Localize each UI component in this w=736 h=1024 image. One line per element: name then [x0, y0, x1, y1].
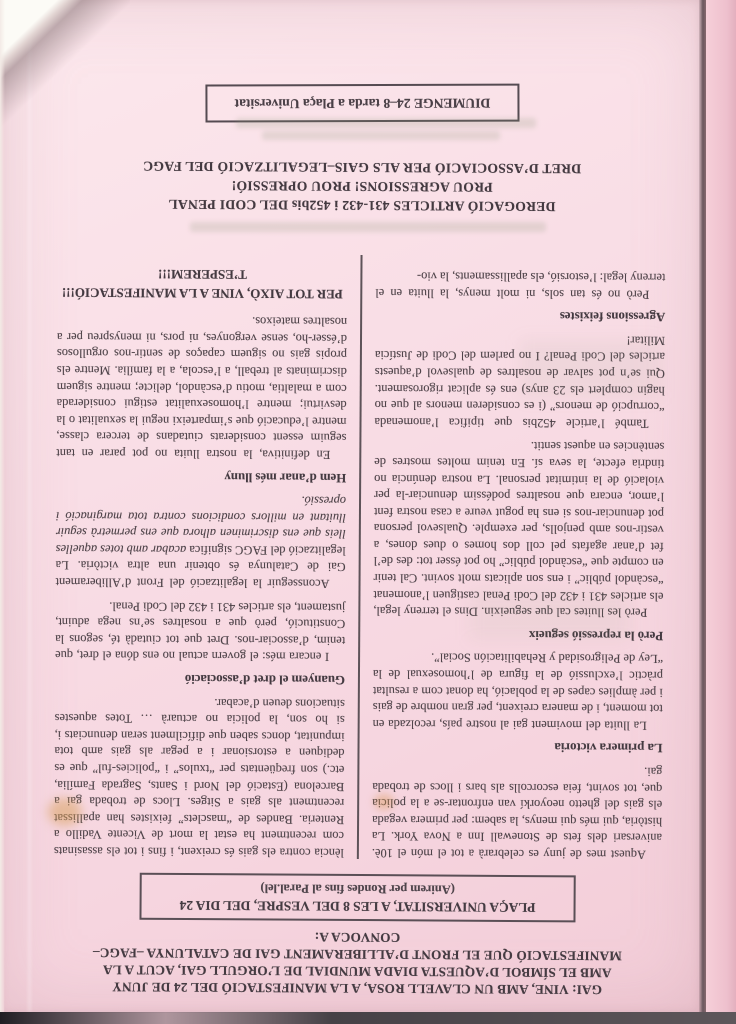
slogan-derogacio: DEROGACIÓ ARTICLES 431-432 i 452bis DEL …: [58, 194, 666, 217]
paper-stain-left: [48, 798, 82, 826]
ink-bleedthrough-line-2: [262, 131, 500, 140]
scanner-bed-band: [0, 1012, 736, 1024]
paper-stain-center: [374, 794, 394, 810]
subheading-agressions: Agressions feixistes: [375, 307, 665, 325]
paragraph-legalitzacio-fagc: Aconsseguir la legalització del Front d’…: [55, 491, 346, 592]
column-first: Aquest mes de juny es celebrarà a tot el…: [372, 229, 666, 863]
slogans-block: DEROGACIÓ ARTICLES 431-432 i 452bis DEL …: [58, 156, 666, 217]
subheading-dret-associacio: Guanyem el dret d’associació: [55, 670, 345, 688]
headline-block: GAI: VINE, AMB UN CLAVELL ROSA, A LA MAN…: [53, 927, 661, 999]
paragraph-stonewall: Aquest mes de juny es celebrarà a tot el…: [372, 762, 663, 863]
ink-bleedthrough-blob-2: [470, 590, 630, 640]
paragraph-agressions-cont: lència contra els gais és creixent, i fi…: [54, 693, 345, 861]
column-second: lència contra els gais és creixent, i fi…: [54, 227, 348, 861]
venue-line-main: PLAÇA UNIVERSITAT, A LES 8 DEL VESPRE, D…: [150, 896, 566, 917]
page-right-edge-shadow: [699, 0, 706, 1013]
paragraph-dret-associacio: I encara més: el govern actual no ens dó…: [55, 597, 345, 665]
date-stamp-text: DIUMENGE 24–8 tarda a Plaça Universitat: [235, 96, 491, 112]
paragraph-agressions-start: Però no és tan sols, ni molt menys, la l…: [375, 268, 665, 303]
underlying-page-edge: [706, 0, 736, 1013]
date-stamp-box: DIUMENGE 24–8 tarda a Plaça Universitat: [205, 84, 519, 123]
closing-call-line-1: PER TOT AIXÒ, VINE A LA MANIFESTACIÓ!!!: [57, 283, 347, 304]
scanned-flyer-photo: GAI: VINE, AMB UN CLAVELL ROSA, A LA MAN…: [0, 0, 736, 1024]
slogan-dret-associacio: DRET D’ASSOCIACIÓ PER ALS GAIS–LEGALITZA…: [58, 156, 666, 179]
subheading-mes-lluny: Hem d’anar més lluny: [56, 467, 346, 485]
flyer-content-rotated-180: GAI: VINE, AMB UN CLAVELL ROSA, A LA MAN…: [4, 0, 704, 1013]
venue-box: PLAÇA UNIVERSITAT, A LES 8 DEL VESPRE, D…: [139, 873, 575, 923]
ink-bleedthrough-blob-1: [520, 340, 660, 398]
paper-crease: [28, 0, 31, 1012]
page-left-edge: [0, 0, 5, 1013]
two-column-body: Aquest mes de juny es celebrarà a tot el…: [54, 227, 666, 863]
paragraph-primera-victoria: La lluita del moviment gai al nostre paí…: [373, 649, 664, 734]
ink-bleedthrough-line-1: [236, 118, 536, 128]
paragraph-mes-lluny: En definitiva, la nostra lluita no pot p…: [56, 312, 347, 463]
subheading-primera-victoria: La primera victoria: [372, 738, 662, 756]
flyer-sheet: GAI: VINE, AMB UN CLAVELL ROSA, A LA MAN…: [4, 0, 704, 1013]
slogan-prou-agressions: PROU AGRESSIONS! PROU OPRESSIÓ!: [58, 175, 666, 198]
ink-bleedthrough-line-3: [190, 222, 546, 232]
column-divider-rule: [357, 255, 362, 859]
closing-call-line-2: T’ESPEREM!!!: [57, 264, 347, 285]
